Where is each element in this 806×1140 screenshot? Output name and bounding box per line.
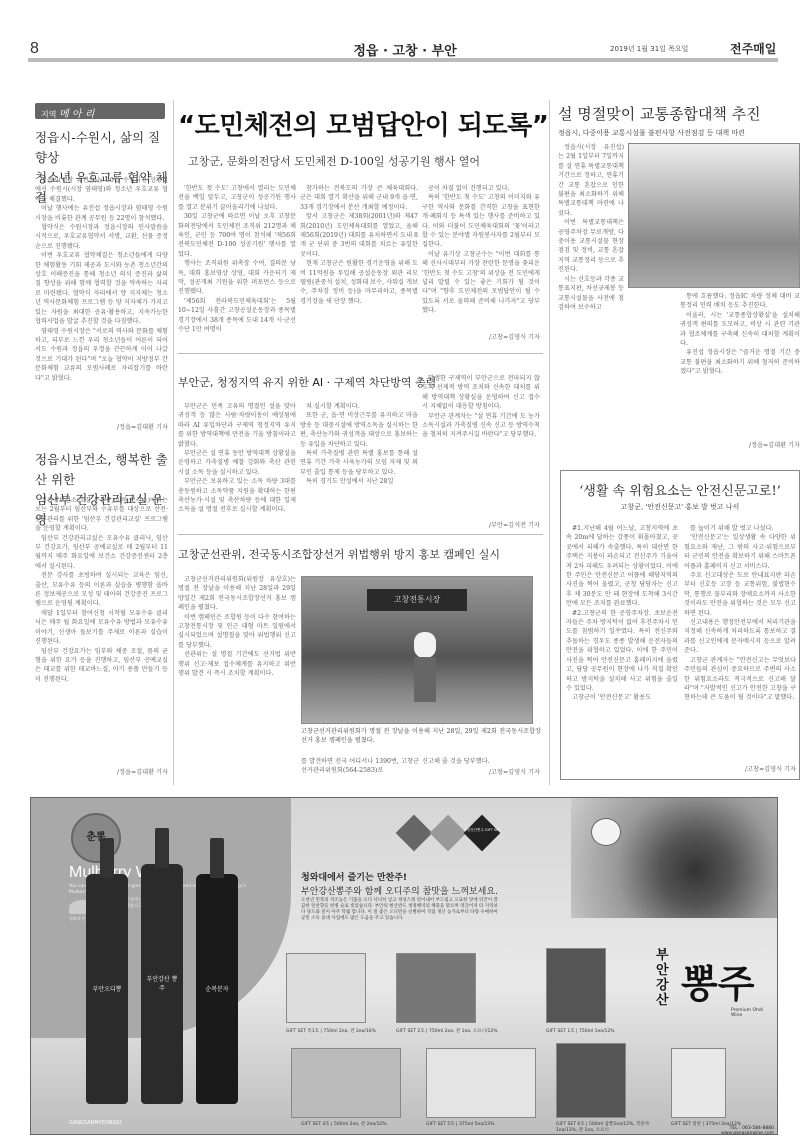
ad-headline-1: 청와대에서 즐기는 만찬주!: [301, 870, 407, 883]
paragraph: 부안군 관계자는 "설 연휴 기간에 도 농가 소독시설과 가축질병 신속 신고…: [422, 412, 540, 440]
paragraph: 통에 흐름했다. 정읍IC 차량 정체 대비 교통정리 인력 배치 등도 추진한…: [680, 292, 800, 311]
byline: /정읍=김대환 기자: [680, 440, 800, 449]
article-subhead: 정읍시, 다중이용 교통시설물 불편사항 사전점검 등 대책 마련: [558, 128, 803, 138]
gift-set-badge: 부안강산뽕주 GIFT SET: [461, 828, 503, 833]
paragraph: 신고내용은 행정안전부에서 처리기관을 지정해 신속하게 처리하도록 통보하고 …: [684, 618, 796, 656]
paragraph: #2.고창군의 한 공영주차장. 초보운전자들은 주차 방지턱이 없어 후진주차…: [566, 609, 678, 694]
paragraph: 이번 캠페인은 조합원 등이 다수 참여하는 고창전통시장 및 인근 대형 마트…: [178, 613, 296, 651]
mulberry-photo: [571, 798, 778, 918]
gift-spec: 375ml 5ea/13%: [459, 1122, 495, 1127]
paragraph: 쳐 실시할 계획이다.: [300, 402, 418, 411]
main-headline[interactable]: “도민체전의 모범답안이 되도록”: [178, 105, 543, 142]
gift-set-spec: GIFT SET 4호 | 500ml 2ea, 잔 2ea/12%: [301, 1121, 387, 1127]
paragraph: 특히 경기도 안성에서 지난 28일: [300, 477, 418, 486]
gift-set-image: [396, 953, 476, 1023]
column-tag: 지역 메 아 리: [35, 103, 165, 119]
website-link[interactable]: www.gangsanwine.com: [721, 1131, 774, 1135]
gift-set-image: [426, 1048, 536, 1118]
brand-big: 뽕주: [681, 953, 754, 1008]
paragraph: 공이 차질 없이 진행되고 있다.: [422, 184, 540, 193]
article-tail: 신고해 줄 것을 당부했다.: [422, 757, 540, 767]
article-headline[interactable]: ‘생활 속 위험요소는 안전신문고로!’: [565, 480, 795, 499]
mulberry-diamond-icon: [396, 815, 433, 852]
paragraph: 정읍시(시장 유진섭)는 30일 수원시청 상황실에서 수원시(시장 염태영)와…: [35, 176, 168, 204]
paragraph: 정읍시(시장 유진섭)는 2월 1일부터 7일까지를 설 연휴 특별교통대책 기…: [558, 143, 624, 218]
paragraph: 앞서 고창군은 제38회(2001년)와 제47회(2010년) 도민체육대회를…: [300, 212, 418, 259]
gift-set-spec: GIFT SET 2호 | 750ml 2ea, 잔 1ea, 오프너/12%: [396, 1028, 497, 1034]
paragraph: 선관위는 설 명절 기간에도 선거법 위반 행위 신고·제보 접수체계를 유지하…: [178, 650, 296, 678]
paragraph: '한반도 첫 수도' 고창에서 열리는 도민체전을 백일 앞두고, 고창군이 성…: [178, 184, 296, 212]
mulberry-diamond-icon: [430, 815, 467, 852]
brand-english: Premium Ohdi Wine: [731, 1008, 771, 1018]
main-subhead: 고창군, 문화의전당서 도민체전 D-100일 성공기원 행사 열어: [188, 153, 538, 169]
ad-headline-2: 부안강산뽕주와 함께 오디주의 참맛을 느껴보세요.: [301, 884, 498, 897]
article-column: #1.지난해 4월 어느날, 고창지역에 초속 20m에 달하는 강풍이 휘몰아…: [566, 524, 678, 772]
bus-stop-photo: [628, 143, 800, 288]
paragraph: 참가하는 전북도의 가장 큰 체육대회다. 군은 대회 열기 확산을 위해 군내…: [300, 184, 418, 212]
market-sign: 고창전통시장: [367, 589, 467, 611]
gift-spec: 750ml 2ea, 잔 2ea/16%: [323, 1029, 376, 1034]
byline: /고창=김영식 기자: [422, 767, 540, 776]
byline: /정읍=김대환 기자: [35, 422, 168, 431]
gift-label: GIFT SET 6호: [556, 1122, 585, 1127]
bottle-label: 부안오디뽕: [89, 984, 125, 993]
paragraph: 이날 유기상 고창군수는 "이번 대회를 통해 선사시대부터 가장 찬란한 문명…: [422, 250, 540, 316]
gift-label: GIFT SET 특1호: [286, 1029, 319, 1034]
article-body: 정읍시(시장 유진섭)는 30일 수원시청 상황실에서 수원시(시장 염태영)와…: [35, 176, 168, 421]
paragraph: #1.지난해 4월 어느날, 고창지역에 초속 20m에 달하는 강풍이 휘몰아…: [566, 524, 678, 609]
paragraph: '안전신문고'는 일상생활 속 다양한 위험요소와 재난, 그 밖의 사고·위험…: [684, 533, 796, 571]
byline: /고창=김영식 기자: [422, 332, 540, 341]
newspaper-brand: 전주매일: [730, 40, 776, 57]
paragraph: 부안군은 보유하고 있는 소독 차량 3대를 총동원하고 소독약품 지원을 확대…: [178, 477, 296, 515]
bottle-label: 부안강산 뽕주: [144, 974, 180, 992]
brand-vertical: 부안강산: [656, 948, 676, 1008]
mulberry-wine-ad[interactable]: 춘뽕 Mulberry Wine You can now enjoy the w…: [30, 797, 778, 1135]
article-headline[interactable]: 설 명절맞이 교통종합대책 추진: [558, 103, 803, 124]
paragraph: 매달 1일부터 참여신청 시작될 모유수유 클리닉은 매주 월 화요일에 모유수…: [35, 609, 168, 647]
paragraph: 유진섭 정읍시장은 "즐거운 명절 기간 중 교통 불편을 최소화하기 위해 철…: [680, 348, 800, 376]
article-column: 쳐 실시할 계획이다. 또한 군, 읍·면 비상근무를 유지하고 마을방송 등 …: [300, 402, 418, 527]
gift-spec: 750ml 1ea/12%: [579, 1029, 615, 1034]
paragraph: 협약식은 수원시장과 정읍시장의 인사말씀을 시작으로, 우호교류협약서 서명,…: [35, 223, 168, 251]
tag-prefix: 지역: [41, 110, 56, 119]
byline: /정읍=김대환 기자: [35, 767, 168, 776]
column-divider: [549, 100, 550, 785]
paragraph: 이날 행사에는 유진섭 정읍시장과 염태영 수원시장을 비롯한 관계 공무원 등…: [35, 204, 168, 223]
article-subhead: 고창군, '안전신문고' 홍보 발 벗고 나서: [565, 502, 795, 512]
mascot-icon: [591, 818, 621, 846]
gift-label: GIFT SET 5호: [426, 1122, 455, 1127]
gift-spec: 500ml 2ea, 잔 2ea/12%: [334, 1122, 387, 1127]
article-headline[interactable]: 고창군선관위, 전국동시조합장선거 위법행위 방지 홍보 캠페인 실시: [178, 546, 543, 562]
byline: /고창=김영식 기자: [684, 764, 796, 773]
mascot-head: [414, 632, 436, 658]
gift-set-image: [291, 1048, 401, 1118]
paragraph: 특히 '한반도 첫 수도' 고창의 이미지와 유구한 역사와 문화를 간직한 고…: [422, 193, 540, 249]
paragraph: '제56회 전라북도민체육대회'는 5월10~12일 사흘간 고창공설운동장과 …: [178, 297, 296, 335]
headline-line-1: 정읍시-수원시, 삶의 질 향상: [35, 128, 170, 168]
byline: /부안=김석전 기자: [422, 520, 540, 529]
headline-line-1: 정읍시보건소, 행복한 출산 위한: [35, 450, 170, 490]
article-column: 고창군선거관리위원회(위원장 유상호)는 명절 전 장날을 이용해 지난 28일…: [178, 575, 296, 780]
article-column: 통에 흐름했다. 정읍IC 차량 정체 대비 교통정리 인력 배치 등도 추진한…: [680, 292, 800, 442]
paragraph: 부안군은 설 연휴 동안 방역대책 상황실을 운영하고 가축질병 예찰 강화와 …: [178, 449, 296, 477]
paragraph: 특히 가축질병 관련 특별 홍보를 통해 설 연휴 기간 가축 사육농가의 모임…: [300, 449, 418, 477]
paragraph: 고창군 관계자는 "안전신고는 무엇보다 주민들의 관심이 중요하므로 주변의 …: [684, 656, 796, 703]
maker-name: GANGSANMYEONGJU: [69, 1120, 122, 1126]
gift-set-spec: GIFT SET 1호 | 750ml 1ea/12%: [546, 1028, 615, 1034]
gift-set-image: [671, 1048, 726, 1118]
gift-label: GIFT SET 1호: [546, 1029, 575, 1034]
paragraph: 고창군선거관리위원회(위원장 유상호)는 명절 전 장날을 이용해 지난 28일…: [178, 575, 296, 613]
gift-set-image: [556, 1043, 626, 1118]
paragraph: 임산부 건강요가는 임부와 체중 조절, 몸의 균형을 위한 요가 등을 진행하…: [35, 647, 168, 685]
wine-bottle: 순복분자: [196, 874, 238, 1104]
page-number: 8: [30, 40, 39, 58]
article-headline[interactable]: 부안군, 청정지역 유지 위한 AI · 구제역 차단방역 총력: [178, 374, 418, 390]
paragraph: 전문 강사를 초빙하여 실시되는 교육은 임신, 출산, 모유수유 등의 이론과…: [35, 571, 168, 609]
paragraph: 임산부 건강관리교실은 모유수유 클리닉, 임산부 건강요가, 임산부 공예교실…: [35, 534, 168, 572]
paragraph: 이울러, 시는 '교통종합상황실'을 설치해 귀성객 편의를 도모하고, 비상 …: [680, 311, 800, 349]
paragraph: 고창군이 '안전신문고' 활용도: [566, 693, 678, 702]
mascot-body: [414, 657, 436, 702]
gift-spec: 750ml 2ea, 잔 1ea, 오프너/12%: [429, 1029, 498, 1034]
gift-set-image: [546, 948, 606, 1023]
article-column: 부안군은 민족 고유의 명절인 설을 맞아 귀성객 등 많은 사람·차량이동이 …: [178, 402, 296, 527]
paragraph: 주요 신고대상은 도로 안내표지판 파손부터 신호등 고장 등 교통위험, 불법…: [684, 571, 796, 618]
gift-label: GIFT SET 일반: [671, 1122, 701, 1127]
paragraph: 이번 우호교류 협약체결은 청소년들에게 다양한 체험활동 기회 제공과 도시와…: [35, 251, 168, 326]
gift-set-spec: GIFT SET 6호 | 500ml 참뽕2ea/12%, 복분자1ea/13…: [556, 1121, 656, 1133]
paragraph: 또한 군, 읍·면 비상근무를 유지하고 마을방송 등 대중시설에 방역소독을 …: [300, 411, 418, 449]
paragraph: 현재 고창군은 원활한 경기운영을 위해 도비 11억원을 투입해 공설운동장 …: [300, 259, 418, 306]
wine-bottle: 부안오디뽕: [86, 874, 128, 1104]
bottle-label: 순복분자: [199, 984, 235, 993]
paragraph: 30일 고창군에 따르면 이날 오후 고창문화의전당에서 도민체전 조직위 21…: [178, 212, 296, 259]
gift-label: GIFT SET 4호: [301, 1122, 330, 1127]
section-title: 정읍 · 고창 · 부안: [330, 40, 480, 59]
article-column: 발생한 구제역이 부안군으로 전파되지 않도록 선제적 방역 조치와 신속한 대…: [422, 374, 540, 519]
gift-set-spec: GIFT SET 특1호 | 750ml 2ea, 잔 2ea/16%: [286, 1028, 376, 1034]
paragraph: 염태영 수원시장은 "서로의 역사와 문화를 체험하고, 피부로 느낀 우리 청…: [35, 327, 168, 383]
article-body: 정읍시보건소(소장 문상용, 이하 보건소)에서는 오는 2월부터 임산부와 수…: [35, 496, 168, 766]
ad-contact[interactable]: TEL : 063-584-8880 www.gangsanwine.com: [716, 1126, 774, 1135]
article-column: 참가하는 전북도의 가장 큰 체육대회다. 군은 대회 열기 확산을 위해 군내…: [300, 184, 418, 342]
paragraph: 발생한 구제역이 부안군으로 전파되지 않도록 선제적 방역 조치와 신속한 대…: [422, 374, 540, 412]
campaign-photo: 고창전통시장: [301, 576, 533, 724]
article-column: 를 높이기 위해 발 벗고 나섰다. '안전신문고'는 일상생활 속 다양한 위…: [684, 524, 796, 762]
article-tail: 를 발견하면 전국 어디서나 1390번, 고창군선거관리위원회(564-258…: [301, 757, 419, 777]
article-column: 공이 차질 없이 진행되고 있다. 특히 '한반도 첫 수도' 고창의 이미지와…: [422, 184, 540, 329]
gift-set-badge-icon: [464, 815, 501, 852]
paragraph: 행사는 조직위원 위촉장 수여, 결의문 낭독, 대회 홍보영상 상영, 대회 …: [178, 259, 296, 297]
article-column: 정읍시(시장 유진섭)는 2월 1일부터 7일까지를 설 연휴 특별교통대책 기…: [558, 143, 624, 443]
gift-set-image: [286, 953, 366, 1023]
paragraph: 를 높이기 위해 발 벗고 나섰다.: [684, 524, 796, 533]
issue-date: 2019년 1월 31일 목요일: [610, 44, 688, 54]
header-rule: [28, 58, 778, 62]
section-rule: [178, 534, 543, 535]
ad-body: 오천년 민족의 지조높은 기품을 오디 넉넉히 넣고 정성스레 빚어내어 부드럽…: [301, 898, 501, 922]
gift-label: GIFT SET 2호: [396, 1029, 425, 1034]
paragraph: 이번 특별교통대책은 공영주차장 무료개방, 다중이용 교통시설물 현장점검 및…: [558, 218, 624, 274]
paragraph: 정읍시보건소(소장 문상용, 이하 보건소)에서는 오는 2월부터 임산부와 수…: [35, 496, 168, 534]
paragraph: 부안군은 민족 고유의 명절인 설을 맞아 귀성객 등 많은 사람·차량이동이 …: [178, 402, 296, 449]
paragraph: 시는 신호등과 각종 교통표지판, 차선규제봉 등 교통시설물을 사전에 점검하…: [558, 275, 624, 313]
gift-set-spec: GIFT SET 5호 | 375ml 5ea/13%: [426, 1121, 495, 1127]
photo-caption: 고창군선거관리위원회가 명절 전 장날을 이용해 지난 28일, 29일 제2회…: [301, 727, 541, 747]
tag-title: 메 아 리: [59, 109, 94, 120]
article-column: '한반도 첫 수도' 고창에서 열리는 도민체전을 백일 앞두고, 고창군이 성…: [178, 184, 296, 342]
wine-bottle: 부안강산 뽕주: [141, 864, 183, 1104]
column-divider: [173, 100, 174, 785]
section-rule: [178, 353, 543, 354]
